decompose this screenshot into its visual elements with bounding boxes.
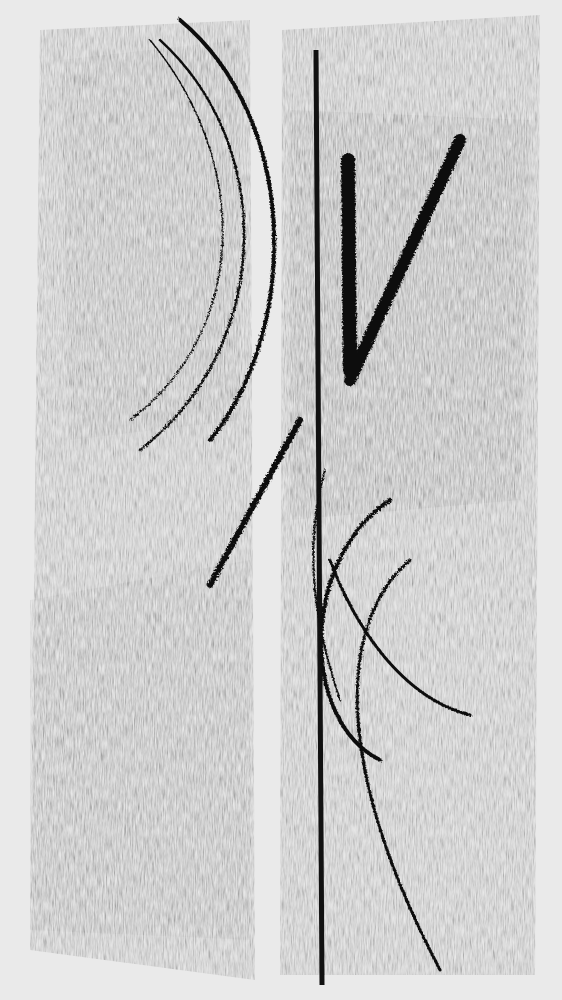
charcoal-drawing <box>0 0 562 1000</box>
right-panel-dark-block <box>290 110 530 520</box>
drawing-canvas <box>0 0 562 1000</box>
